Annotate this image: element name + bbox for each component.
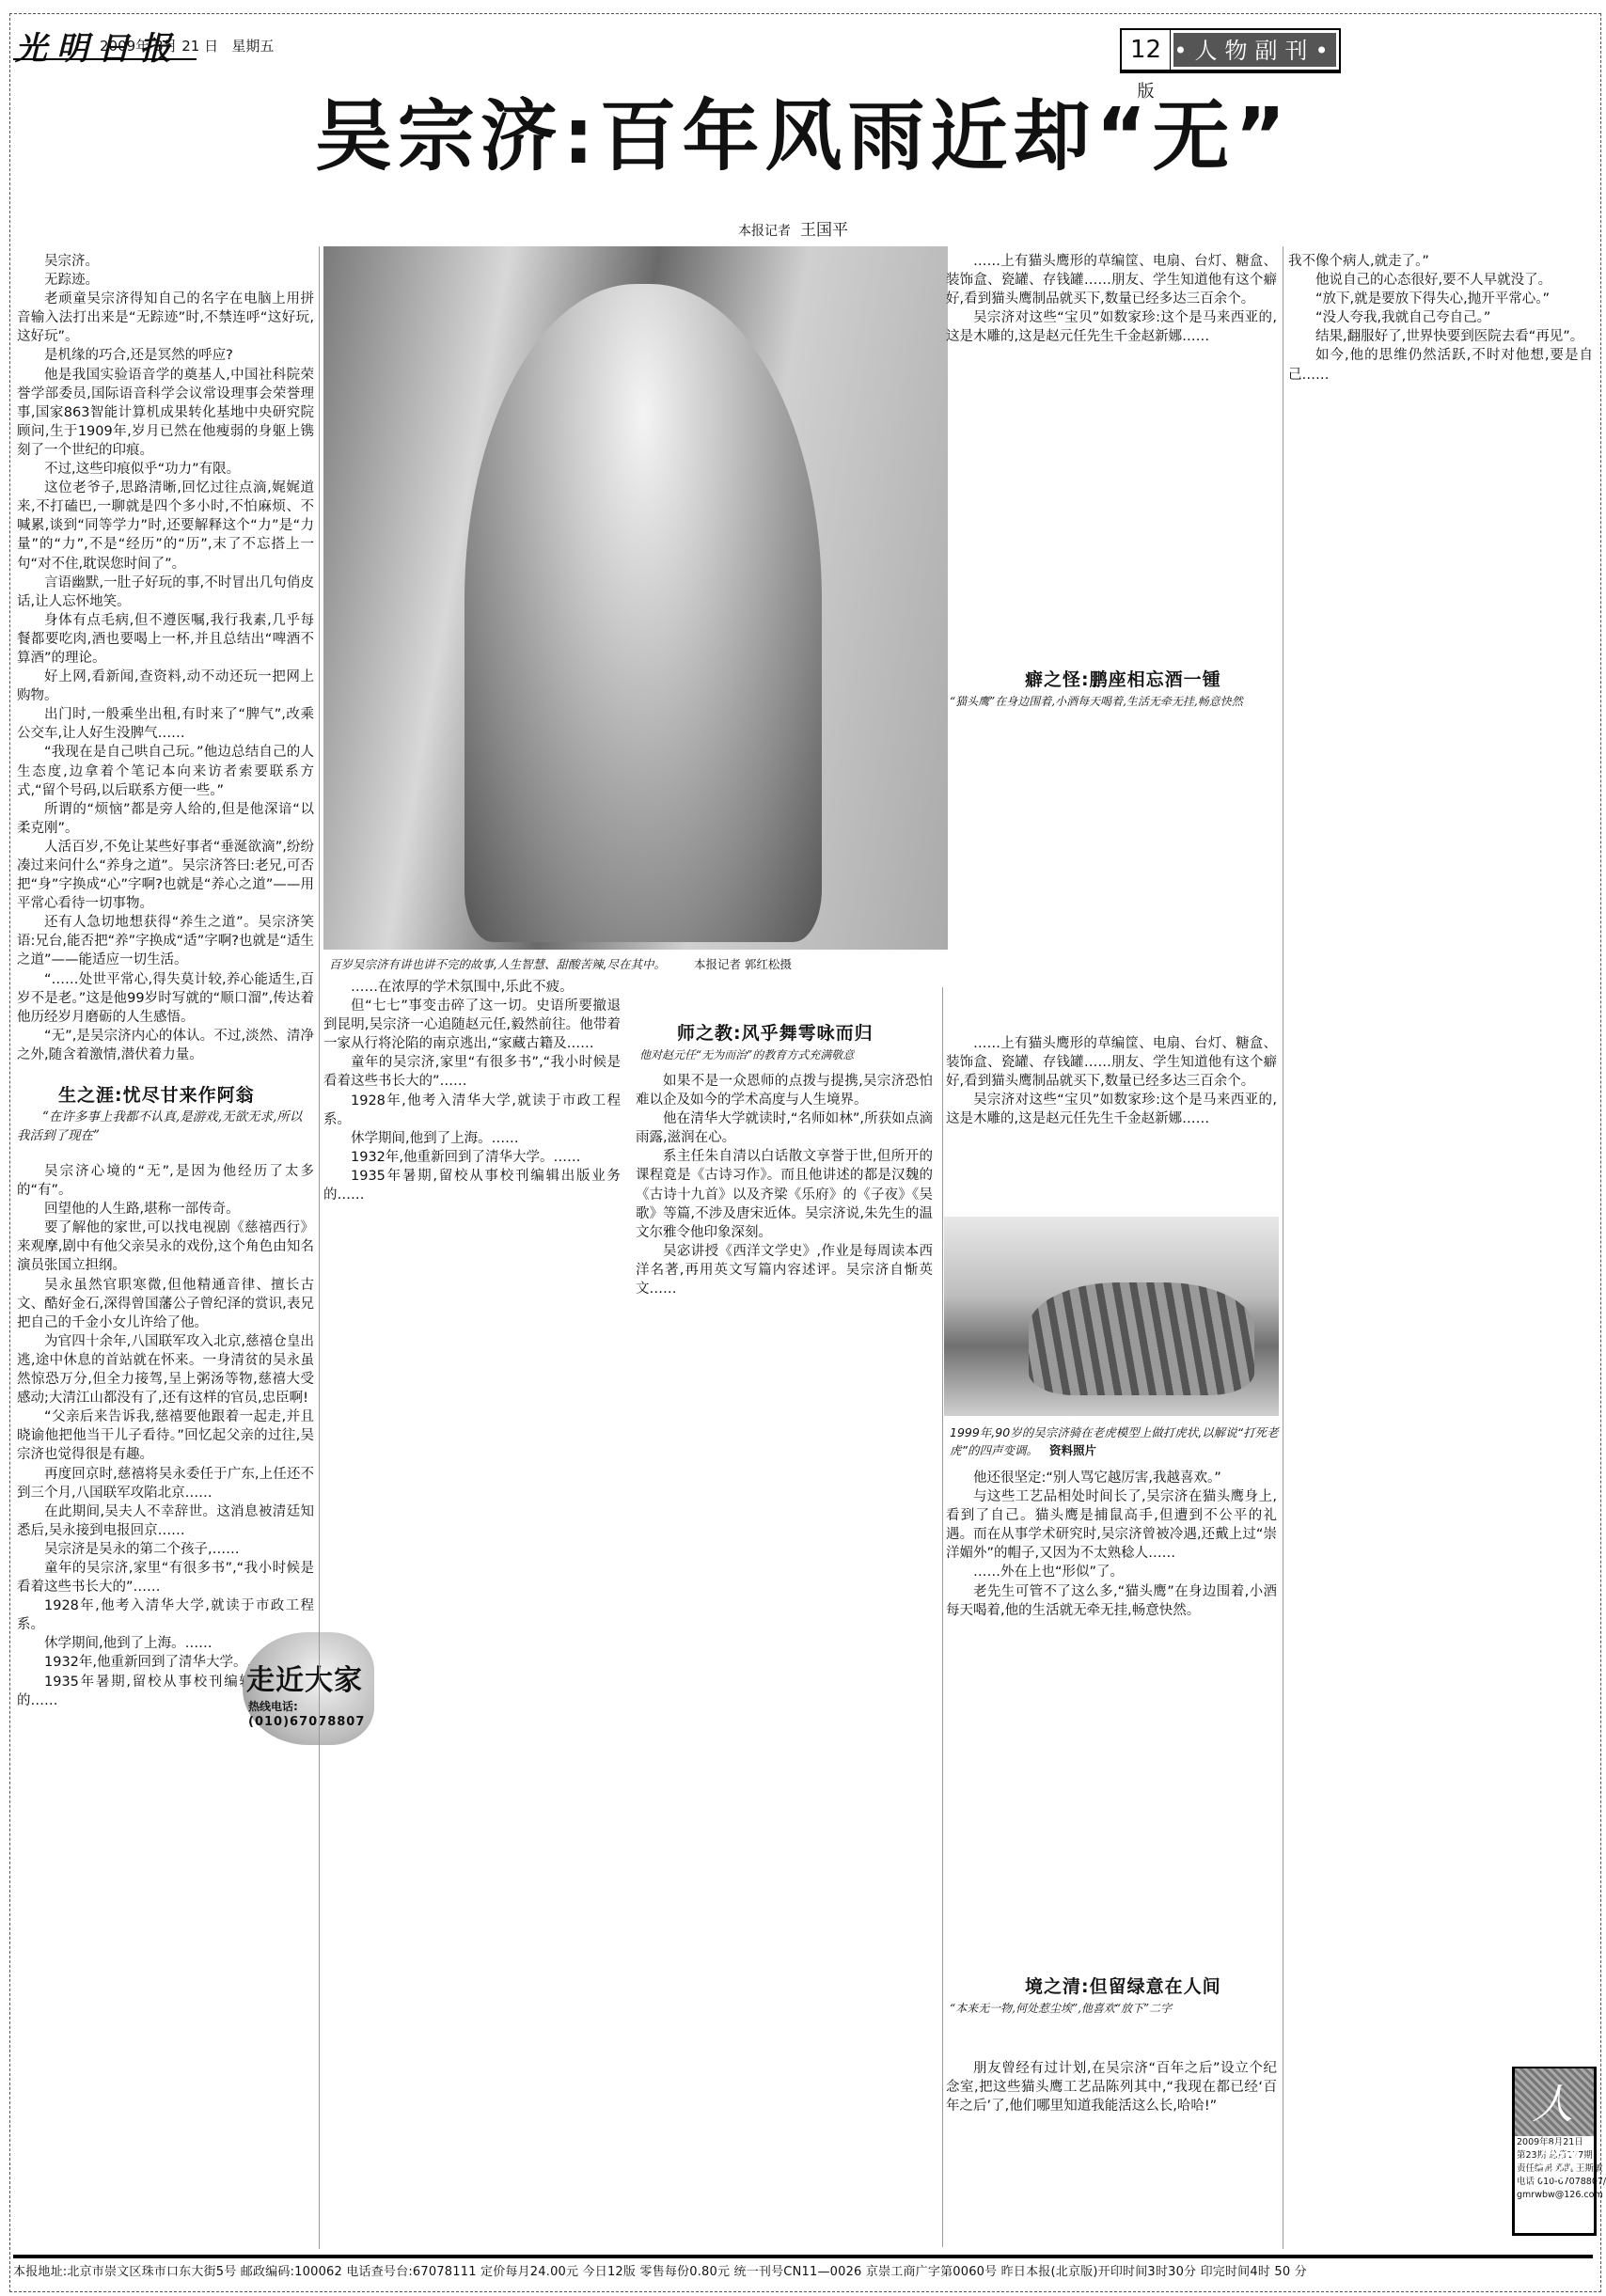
paragraph: 这位老爷子,思路清晰,回忆过往点滴,娓娓道来,不打磕巴,一聊就是四个多小时,不怕… [17,479,314,573]
paragraph: 出门时,一般乘坐出租,有时来了“脾气”,改乘公交车,让人好生没脾气…… [17,705,314,743]
page-number: 12版 [1122,30,1171,70]
edition-box: 12版 •人物副刊• [1120,28,1341,73]
colophon-art-text: 人物 [1532,2070,1594,2191]
paragraph: 所谓的“烦恼”都是旁人给的,但是他深谙“以柔克刚”。 [17,800,314,838]
section-title-3: 癖之怪:鹏座相忘酒一锺 [1025,666,1221,691]
paragraph: 不过,这些印痕似乎“功力”有限。 [17,460,314,479]
paragraph: 人活百岁,不免让某些好事者“垂涎欲滴”,纷纷凑过来问什么“养身之道”。吴宗济答曰… [17,838,314,913]
paragraph: 再度回京时,慈禧将吴永委任于广东,上任还不到三个月,八国联军攻陷北京…… [17,1465,314,1502]
paragraph: 童年的吴宗济,家里“有很多书”,“我小时候是看着这些书长大的”…… [323,1053,621,1091]
paragraph: 他说自己的心态很好,要不人早就没了。 [1288,271,1593,290]
photo-credit: 资料照片 [1049,1443,1096,1457]
date-text: 2009年 8月 21 日 [100,38,218,55]
paragraph: 朋友曾经有过计划,在吴宗济“百年之后”设立个纪念室,把这些猫头鹰工艺品陈列其中,… [946,2059,1277,2115]
paragraph: 回望他的人生路,堪称一部传奇。 [17,1200,314,1219]
paragraph: 但“七七”事变击碎了这一切。史语所要撤退到昆明,吴宗济一心追随赵元任,毅然前往。… [323,997,621,1053]
section-title-4: 境之清:但留绿意在人间 [1025,1973,1221,1998]
issue-date: 2009年 8月 21 日 星期五 [100,36,274,55]
byline: 本报记者王国平 [738,216,848,240]
byline-label: 本报记者 [738,224,791,239]
paragraph: “……处世平常心,得失莫计较,养心能适生,百岁不是老。”这是他99岁时写就的“顺… [17,970,314,1027]
column-divider [1283,246,1283,2249]
paragraph: “我现在是自己哄自己玩。”他边总结自己的人生态度,边拿着个笔记本向来访者索要联系… [17,743,314,799]
section-quote-2: 他对赵元任“无为而治”的教育方式充满敬意 [639,1046,937,1064]
promo-hotline-number: (010)67078807 [248,1715,365,1729]
article-column-4c: 他还很坚定:“别人骂它越厉害,我越喜欢。” 与这些工艺品相处时间长了,吴宗济在猫… [946,1469,1277,1995]
paragraph: 如今,他的思维仍然活跃,不时对他想,要是自己…… [1288,346,1593,384]
paragraph: 1928年,他考入清华大学,就读于市政工程系。 [17,1596,314,1634]
date-underline [13,58,197,60]
paragraph: “没人夸我,我就自己夸自己。” [1288,308,1593,327]
tiger-photo [944,1217,1279,1416]
footer-imprint: 本报地址:北京市崇文区珠市口东大街5号 邮政编码:100062 电话查号台:67… [13,2261,1602,2279]
paragraph: 为官四十余年,八国联军攻入北京,慈禧仓皇出逃,途中休息的首站就在怀来。一身清贫的… [17,1332,314,1407]
section-quote-4: “本来无一物,何处惹尘埃”,他喜欢“放下”二字 [950,1999,1279,2018]
portrait-figure [464,284,822,942]
paragraph: 无踪迹。 [17,271,314,290]
paragraph: 还有人急切地想获得“养生之道”。吴宗济笑语:兄台,能否把“养”字换成“适”字啊?… [17,913,314,969]
paragraph: 童年的吴宗济,家里“有很多书”,“我小时候是看着这些书长大的”…… [17,1559,314,1596]
paragraph: 吴宗济对这些“宝贝”如数家珍:这个是马来西亚的,这是木雕的,这是赵元任先生千金赵… [946,308,1277,346]
paragraph: “放下,就是要放下得失心,抛开平常心。” [1288,290,1593,308]
paragraph: “父亲后来告诉我,慈禧要他跟着一起走,并且晓谕他把他当干儿子看待。”回忆起父亲的… [17,1407,314,1464]
paragraph: 与这些工艺品相处时间长了,吴宗济在猫头鹰身上,看到了自己。猫头鹰是捕鼠高手,但遭… [946,1487,1277,1563]
paragraph: 他在清华大学就读时,“名师如林”,所获如点滴雨露,滋润在心。 [636,1109,933,1147]
paragraph: 休学期间,他到了上海。…… [323,1129,621,1148]
article-column-1: 吴宗济。 无踪迹。 老顽童吴宗济得知自己的名字在电脑上用拼音输入法打出来是“无踪… [17,252,314,1070]
section-quote-3: “猫头鹰”在身边围着,小酒每天喝着,生活无牵无挂,畅意快然 [950,692,1279,711]
paragraph: 1935年暑期,留校从事校刊编辑出版业务的…… [323,1167,621,1204]
paragraph: “无”,是吴宗济内心的体认。不过,淡然、清净之外,随含着激情,潜伏着力量。 [17,1027,314,1064]
headline: 吴宗济:百年风雨近却“无” [0,75,1606,185]
paragraph: 老先生可管不了这么多,“猫头鹰”在身边围着,小酒每天喝着,他的生活就无牵无挂,畅… [946,1582,1277,1620]
paragraph: 1932年,他重新回到了清华大学。…… [323,1148,621,1167]
promo-title: 走近大家 [246,1657,363,1698]
paragraph: 他还很坚定:“别人骂它越厉害,我越喜欢。” [946,1469,1277,1487]
paragraph: ……上有猫头鹰形的草编筐、电扇、台灯、糖盒、装饰盒、瓷罐、存钱罐……朋友、学生知… [946,1034,1277,1091]
article-column-2: ……在浓厚的学术氛围中,乐此不疲。 但“七七”事变击碎了这一切。史语所要撤退到昆… [323,978,621,2243]
article-column-4: ……上有猫头鹰形的草编筐、电扇、台灯、糖盒、装饰盒、瓷罐、存钱罐……朋友、学生知… [946,252,1277,1044]
column-divider [942,987,943,2247]
paragraph: 我不像个病人,就走了。” [1288,252,1593,271]
paragraph: 身体有点毛病,但不遵医嘱,我行我素,几乎每餐都要吃肉,酒也要喝上一杯,并且总结出… [17,611,314,668]
section-label: •人物副刊• [1173,33,1336,67]
colophon-box: 人物 2009年8月21日 第23期 总第177期 责任编辑 邓凯 王斯敏 电话… [1512,2067,1597,2236]
section-title-2: 师之教:风乎舞雩咏而归 [677,1019,874,1045]
paragraph: 1928年,他考入清华大学,就读于市政工程系。 [323,1092,621,1129]
page-number-value: 12 [1130,36,1161,64]
promo-hotline-label: 热线电话: [248,1698,298,1714]
paragraph: ……在浓厚的学术氛围中,乐此不疲。 [323,978,621,997]
paragraph: 是机缘的巧合,还是冥然的呼应? [17,346,314,365]
paragraph: 结果,翻服好了,世界快要到医院去看“再见”。 [1288,327,1593,346]
photo-caption-1: 百岁吴宗济有讲也讲不完的故事,人生智慧、甜酸苦辣,尽在其中。本报记者 郭红松摄 [329,955,792,972]
tiger-model [1029,1282,1254,1395]
article-column-5: 我不像个病人,就走了。” 他说自己的心态很好,要不人早就没了。 “放下,就是要放… [1288,252,1593,2057]
article-column-4b: ……上有猫头鹰形的草编筐、电扇、台灯、糖盒、装饰盒、瓷罐、存钱罐……朋友、学生知… [946,1034,1277,1213]
paragraph: 吴宗济是吴永的第二个孩子,…… [17,1540,314,1559]
footer-rule [13,2255,1593,2258]
paragraph: 吴宓讲授《西洋文学史》,作业是每周读本西洋名著,再用英文写篇内容述评。吴宗济自惭… [636,1242,933,1298]
paragraph: 吴宗济对这些“宝贝”如数家珍:这个是马来西亚的,这是木雕的,这是赵元任先生千金赵… [946,1091,1277,1128]
byline-name: 王国平 [800,221,848,240]
paragraph: 在此期间,吴夫人不幸辞世。这消息被清廷知悉后,吴永接到电报回京…… [17,1502,314,1540]
paragraph: 要了解他的家世,可以找电视剧《慈禧西行》来观摩,剧中有他父亲吴永的戏份,这个角色… [17,1219,314,1275]
masthead: 光明日报 2009年 8月 21 日 星期五 12版 •人物副刊• [13,17,1593,64]
paragraph: 吴宗济。 [17,252,314,271]
paragraph: 老顽童吴宗济得知自己的名字在电脑上用拼音输入法打出来是“无踪迹”时,不禁连呼“这… [17,290,314,346]
paragraph: 系主任朱自清以白话散文享誉于世,但所开的课程竟是《古诗习作》。而且他讲述的都是汉… [636,1147,933,1241]
paragraph: 吴永虽然官职寒微,但他精通音律、擅长古文、酷好金石,深得曾国藩公子曾纪泽的赏识,… [17,1276,314,1332]
caption-text: 1999年,90岁的吴宗济骑在老虎模型上做打虎状,以解说“打死老虎”的四声变调。 [950,1425,1279,1457]
paragraph: 好上网,看新闻,查资料,动不动还玩一把网上购物。 [17,668,314,705]
colophon-art: 人物 [1515,2068,1594,2136]
section-quote-1: “在许多事上我都不认真,是游戏,无欲无求,所以我活到了现在” [17,1108,314,1145]
weekday-text: 星期五 [231,38,274,55]
article-column-3: 如果不是一众恩师的点拨与提携,吴宗济恐怕难以企及如今的学术高度与人生境界。 他在… [636,1072,933,2243]
paragraph: ……外在上也“形似”了。 [946,1563,1277,1581]
paragraph: 他是我国实验语音学的奠基人,中国社科院荣誉学部委员,国际语音科学会议常设理事会荣… [17,366,314,460]
article-column-4d: 朋友曾经有过计划,在吴宗济“百年之后”设立个纪念室,把这些猫头鹰工艺品陈列其中,… [946,2059,1277,2247]
portrait-photo [323,246,948,950]
paragraph: 吴宗济心境的“无”,是因为他经历了太多的“有”。 [17,1162,314,1200]
photo-credit: 本报记者 郭红松摄 [694,957,792,971]
caption-text: 百岁吴宗济有讲也讲不完的故事,人生智慧、甜酸苦辣,尽在其中。 [329,957,666,971]
photo-caption-2: 1999年,90岁的吴宗济骑在老虎模型上做打虎状,以解说“打死老虎”的四声变调。… [950,1423,1279,1459]
paragraph: ……上有猫头鹰形的草编筐、电扇、台灯、糖盒、装饰盒、瓷罐、存钱罐……朋友、学生知… [946,252,1277,308]
section-title-1: 生之涯:忧尽甘来作阿翁 [58,1081,255,1107]
paragraph: 言语幽默,一肚子好玩的事,不时冒出几句俏皮话,让人忘怀地笑。 [17,574,314,611]
promo-badge: 走近大家 热线电话: (010)67078807 [243,1632,374,1745]
column-divider [319,246,320,2249]
paragraph: 如果不是一众恩师的点拨与提携,吴宗济恐怕难以企及如今的学术高度与人生境界。 [636,1072,933,1109]
colophon-email: gmrwbw@126.com [1515,2189,1594,2202]
